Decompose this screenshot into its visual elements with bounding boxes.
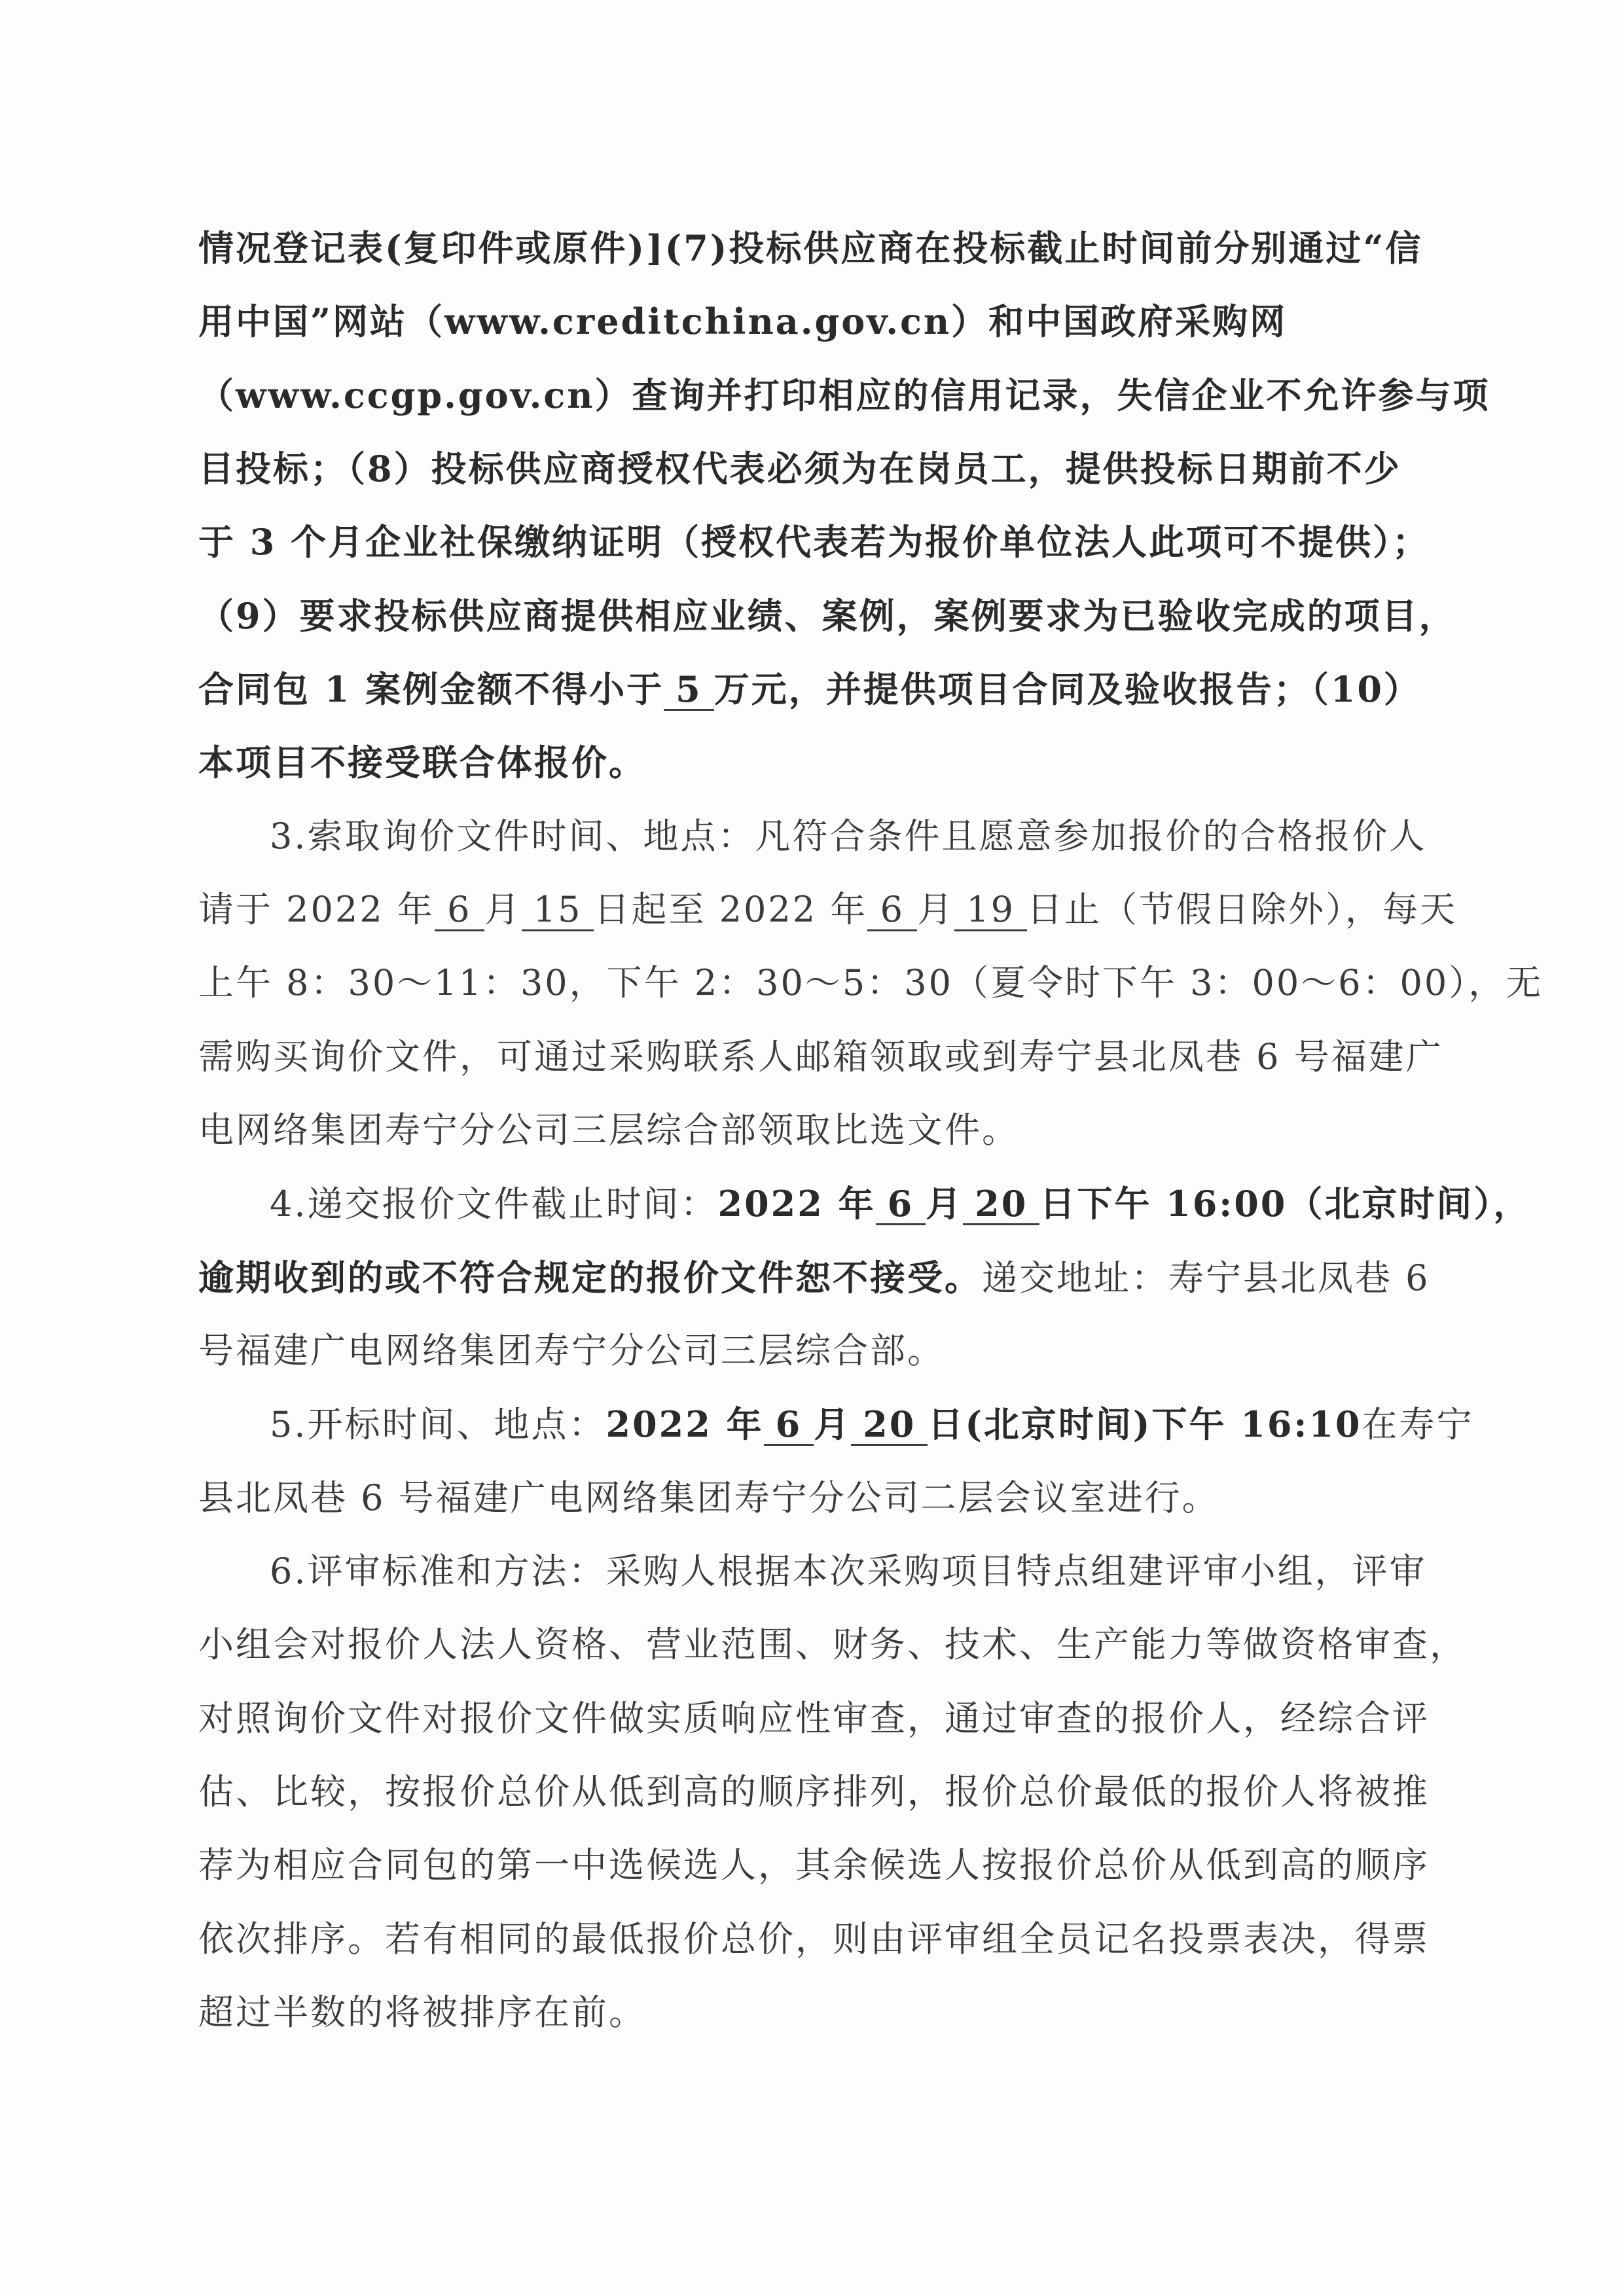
item6-line-3: 对照询价文件对报价文件做实质响应性审查，通过审查的报价人，经综合评 xyxy=(198,1682,1449,1755)
item3-line-4: 需购买询价文件，可通过采购联系人邮箱领取或到寿宁县北凤巷 6 号福建广 xyxy=(198,1020,1449,1094)
opening-year: 2022 年 xyxy=(606,1403,764,1445)
item3-text: 请于 2022 年 xyxy=(198,889,435,930)
opening-month: 6 xyxy=(764,1405,814,1446)
item6-line-1: 6.评审标准和方法：采购人根据本次采购项目特点组建评审小组，评审 xyxy=(270,1535,1448,1608)
late-submission-warning: 逾期收到的或不符合规定的报价文件恕不接受。 xyxy=(198,1257,982,1299)
paragraph-qualification-line-6: （9）要求投标供应商提供相应业绩、案例，案例要求为已验收完成的项目， xyxy=(198,579,1449,653)
paragraph-qualification-line-8: 本项目不接受联合体报价。 xyxy=(198,726,1449,799)
item3-line-5: 电网络集团寿宁分公司三层综合部领取比选文件。 xyxy=(198,1094,1449,1167)
start-day: 15 xyxy=(522,890,594,931)
opening-day: 20 xyxy=(851,1405,928,1446)
item3-line-2: 请于 2022 年6月15日起至 2022 年6月19日止（节假日除外），每天 xyxy=(198,873,1449,946)
item4-line-2: 逾期收到的或不符合规定的报价文件恕不接受。递交地址：寿宁县北凤巷 6 xyxy=(198,1241,1449,1314)
paragraph-qualification-line-7: 合同包 1 案例金额不得小于5万元，并提供项目合同及验收报告；（10） xyxy=(198,653,1449,726)
deadline-day: 20 xyxy=(963,1184,1039,1225)
item6-line-4: 估、比较，按报价总价从低到高的顺序排列，报价总价最低的报价人将被推 xyxy=(198,1755,1449,1829)
paragraph-qualification-line-2: 用中国”网站（www.creditchina.gov.cn）和中国政府采购网 xyxy=(198,285,1449,358)
item5-line-2: 县北凤巷 6 号福建广电网络集团寿宁分公司二层会议室进行。 xyxy=(198,1462,1449,1535)
document-page: 情况登记表(复印件或原件)](7)投标供应商在投标截止时间前分别通过“信 用中国… xyxy=(0,0,1624,2296)
item4-line-3: 号福建广电网络集团寿宁分公司三层综合部。 xyxy=(198,1314,1449,1388)
opening-time: 日(北京时间)下午 16:10 xyxy=(928,1403,1362,1445)
deadline-text: 月 xyxy=(926,1183,963,1225)
deadline-month: 6 xyxy=(876,1184,926,1225)
item5-label: 5.开标时间、地点： xyxy=(270,1404,606,1445)
opening-text: 月 xyxy=(814,1403,851,1445)
end-day: 19 xyxy=(954,890,1027,931)
paragraph-qualification-line-3: （www.ccgp.gov.cn）查询并打印相应的信用记录，失信企业不允许参与项 xyxy=(198,359,1449,432)
item4-label: 4.递交报价文件截止时间： xyxy=(270,1183,718,1225)
item6-line-7: 超过半数的将被排序在前。 xyxy=(198,1976,1449,2049)
submission-address: 递交地址：寿宁县北凤巷 6 xyxy=(982,1257,1430,1299)
item5-line-1: 5.开标时间、地点：2022 年6月20日(北京时间)下午 16:10在寿宁 xyxy=(270,1388,1448,1461)
item3-line-3: 上午 8：30～11：30，下午 2：30～5：30（夏令时下午 3：00～6：… xyxy=(198,946,1449,1020)
item6-line-2: 小组会对报价人法人资格、营业范围、财务、技术、生产能力等做资格审查， xyxy=(198,1608,1449,1681)
item6-line-5: 荐为相应合同包的第一中选候选人，其余候选人按报价总价从低到高的顺序 xyxy=(198,1829,1449,1902)
opening-location-start: 在寿宁 xyxy=(1362,1404,1474,1445)
case-amount-prefix: 合同包 1 案例金额不得小于 xyxy=(198,668,664,710)
item3-text: 月 xyxy=(484,889,522,930)
item3-text: 月 xyxy=(917,889,954,930)
paragraph-qualification-line-4: 目投标；（8）投标供应商授权代表必须为在岗员工，提供投标日期前不少 xyxy=(198,432,1449,505)
deadline-time: 日下午 16:00（北京时间）， xyxy=(1039,1183,1530,1225)
start-month: 6 xyxy=(435,890,484,931)
item6-line-6: 依次排序。若有相同的最低报价总价，则由评审组全员记名投票表决，得票 xyxy=(198,1903,1449,1976)
paragraph-qualification-line-5: 于 3 个月企业社保缴纳证明（授权代表若为报价单位法人此项可不提供）； xyxy=(198,505,1449,579)
item3-text: 日起至 2022 年 xyxy=(594,889,867,930)
deadline-year: 2022 年 xyxy=(718,1183,876,1225)
item4-line-1: 4.递交报价文件截止时间：2022 年6月20日下午 16:00（北京时间）， xyxy=(270,1167,1448,1240)
case-amount-value: 5 xyxy=(664,670,714,711)
item3-line-1: 3.索取询价文件时间、地点：凡符合条件且愿意参加报价的合格报价人 xyxy=(270,800,1448,873)
paragraph-qualification-line-1: 情况登记表(复印件或原件)](7)投标供应商在投标截止时间前分别通过“信 xyxy=(198,211,1449,285)
end-month: 6 xyxy=(867,890,917,931)
item3-text: 日止（节假日除外），每天 xyxy=(1027,889,1457,930)
case-amount-suffix: 万元，并提供项目合同及验收报告；（10） xyxy=(714,668,1421,710)
